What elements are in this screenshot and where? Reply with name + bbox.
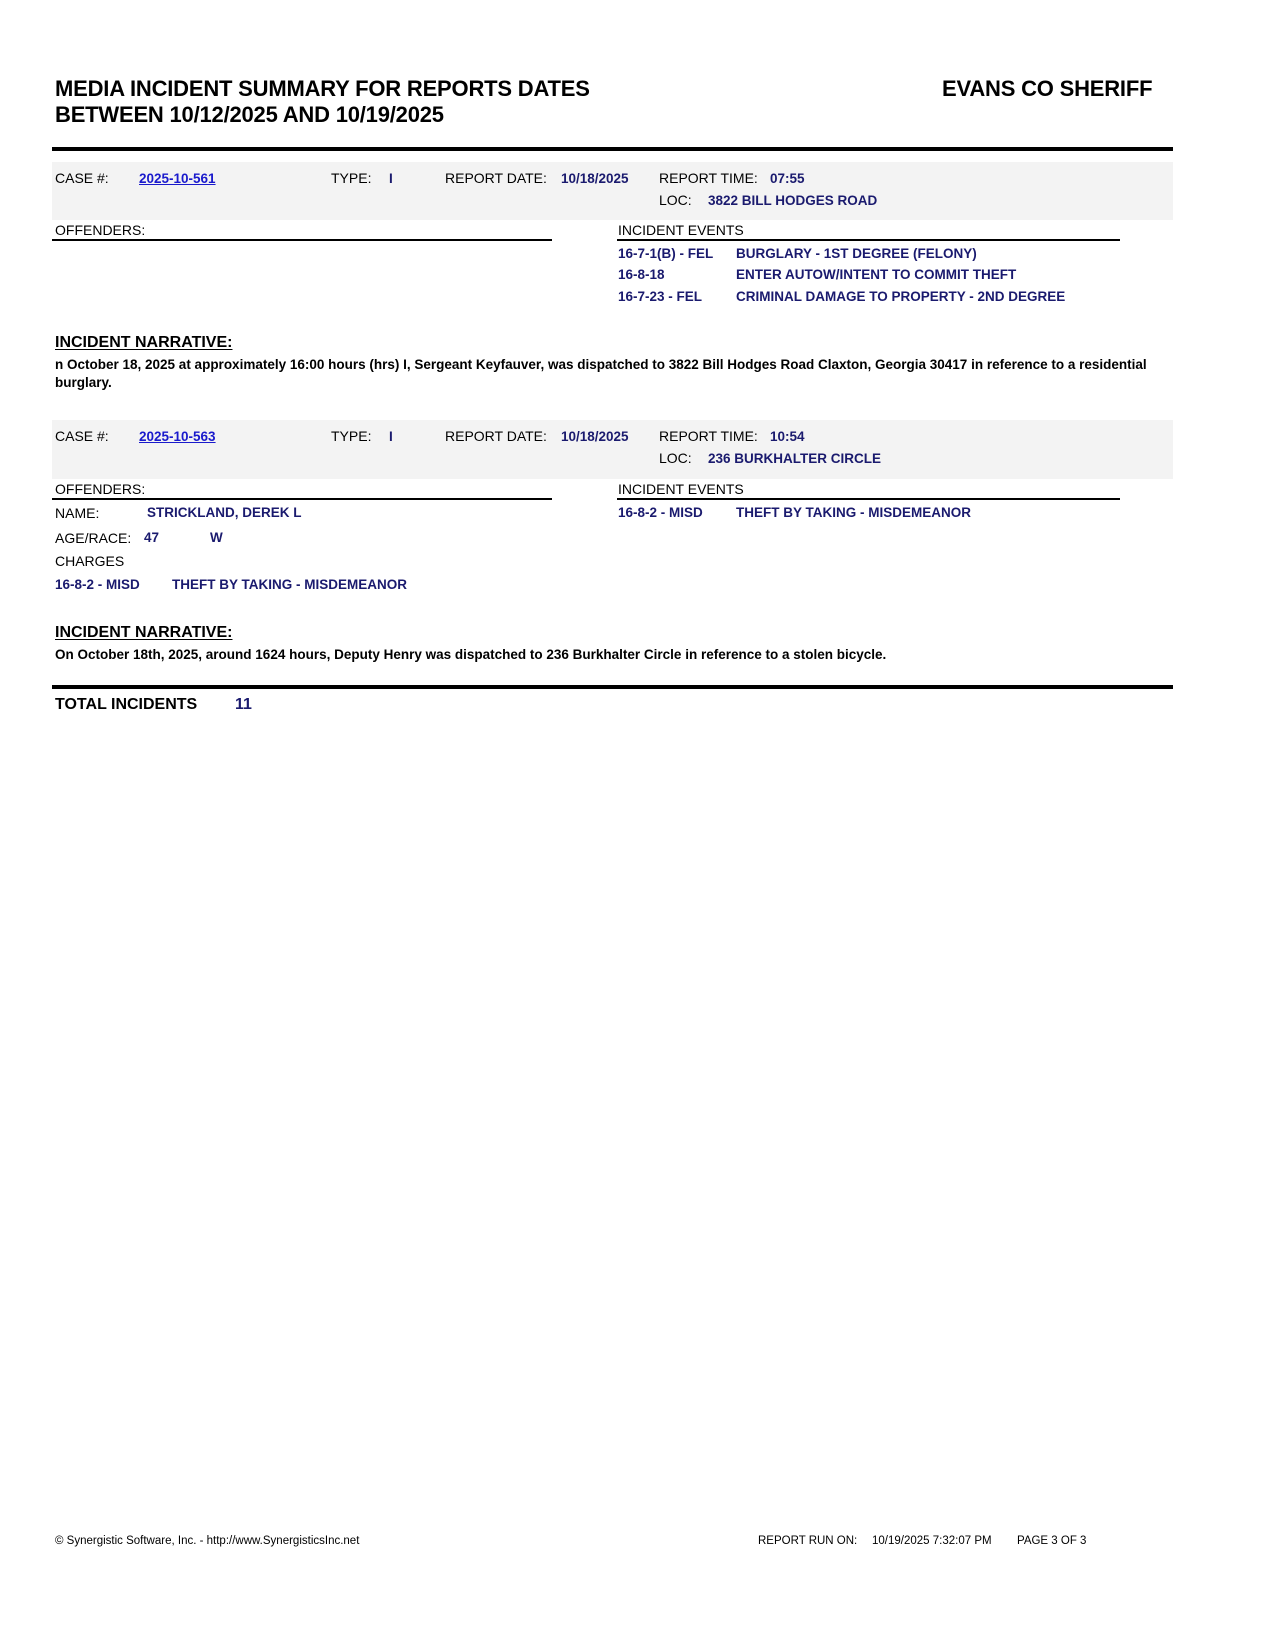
report-time-value: 07:55	[770, 171, 805, 186]
report-title-line2: BETWEEN 10/12/2025 AND 10/19/2025	[55, 102, 444, 128]
type-value: I	[389, 429, 393, 444]
incident-events-heading: INCIDENT EVENTS	[618, 481, 744, 497]
report-title-line1: MEDIA INCIDENT SUMMARY FOR REPORTS DATES	[55, 76, 590, 102]
event-code: 16-7-23 - FEL	[618, 289, 702, 304]
report-date-label: REPORT DATE:	[445, 170, 547, 186]
location-label: LOC:	[659, 192, 692, 208]
offender-name-value: STRICKLAND, DEREK L	[147, 505, 302, 520]
charge-description: THEFT BY TAKING - MISDEMEANOR	[172, 577, 407, 592]
narrative-text: On October 18th, 2025, around 1624 hours…	[55, 646, 1155, 664]
report-time-value: 10:54	[770, 429, 805, 444]
incident-events-underline	[617, 239, 1120, 241]
totals-divider	[52, 685, 1173, 689]
charges-heading: CHARGES	[55, 553, 124, 569]
type-value: I	[389, 171, 393, 186]
report-run-label: REPORT RUN ON:	[758, 1535, 857, 1547]
charge-code: 16-8-2 - MISD	[55, 577, 140, 592]
event-description: CRIMINAL DAMAGE TO PROPERTY - 2ND DEGREE	[736, 289, 1065, 304]
case-number-label: CASE #:	[55, 428, 109, 444]
offender-age-value: 47	[144, 530, 159, 545]
event-description: BURGLARY - 1ST DEGREE (FELONY)	[736, 246, 977, 261]
offenders-heading: OFFENDERS:	[55, 222, 145, 238]
case-number-label: CASE #:	[55, 170, 109, 186]
narrative-heading: INCIDENT NARRATIVE:	[55, 624, 232, 642]
location-value: 236 BURKHALTER CIRCLE	[708, 451, 881, 466]
type-label: TYPE:	[331, 428, 371, 444]
event-description: THEFT BY TAKING - MISDEMEANOR	[736, 505, 971, 520]
page-indicator: PAGE 3 OF 3	[1017, 1535, 1086, 1547]
agency-name: EVANS CO SHERIFF	[942, 76, 1152, 102]
offender-name-label: NAME:	[55, 505, 99, 521]
location-value: 3822 BILL HODGES ROAD	[708, 193, 877, 208]
event-code: 16-8-18	[618, 267, 665, 282]
total-incidents-label: TOTAL INCIDENTS	[55, 696, 197, 714]
offender-race-value: W	[210, 530, 223, 545]
report-run-value: 10/19/2025 7:32:07 PM	[872, 1535, 992, 1547]
report-date-value: 10/18/2025	[561, 171, 629, 186]
incident-events-underline	[617, 498, 1120, 500]
report-date-value: 10/18/2025	[561, 429, 629, 444]
case-number-link[interactable]: 2025-10-561	[139, 171, 216, 186]
report-date-label: REPORT DATE:	[445, 428, 547, 444]
report-time-label: REPORT TIME:	[659, 170, 758, 186]
offenders-underline	[52, 239, 552, 241]
narrative-text: n October 18, 2025 at approximately 16:0…	[55, 356, 1155, 392]
narrative-heading: INCIDENT NARRATIVE:	[55, 334, 232, 352]
case-number-link[interactable]: 2025-10-563	[139, 429, 216, 444]
offenders-heading: OFFENDERS:	[55, 481, 145, 497]
age-race-label: AGE/RACE:	[55, 530, 131, 546]
total-incidents-value: 11	[235, 696, 252, 714]
offenders-underline	[52, 498, 552, 500]
event-description: ENTER AUTOW/INTENT TO COMMIT THEFT	[736, 267, 1016, 282]
incident-events-heading: INCIDENT EVENTS	[618, 222, 744, 238]
event-code: 16-7-1(B) - FEL	[618, 246, 713, 261]
header-divider	[52, 147, 1173, 151]
location-label: LOC:	[659, 450, 692, 466]
report-time-label: REPORT TIME:	[659, 428, 758, 444]
type-label: TYPE:	[331, 170, 371, 186]
footer-copyright: © Synergistic Software, Inc. - http://ww…	[55, 1535, 359, 1547]
event-code: 16-8-2 - MISD	[618, 505, 703, 520]
